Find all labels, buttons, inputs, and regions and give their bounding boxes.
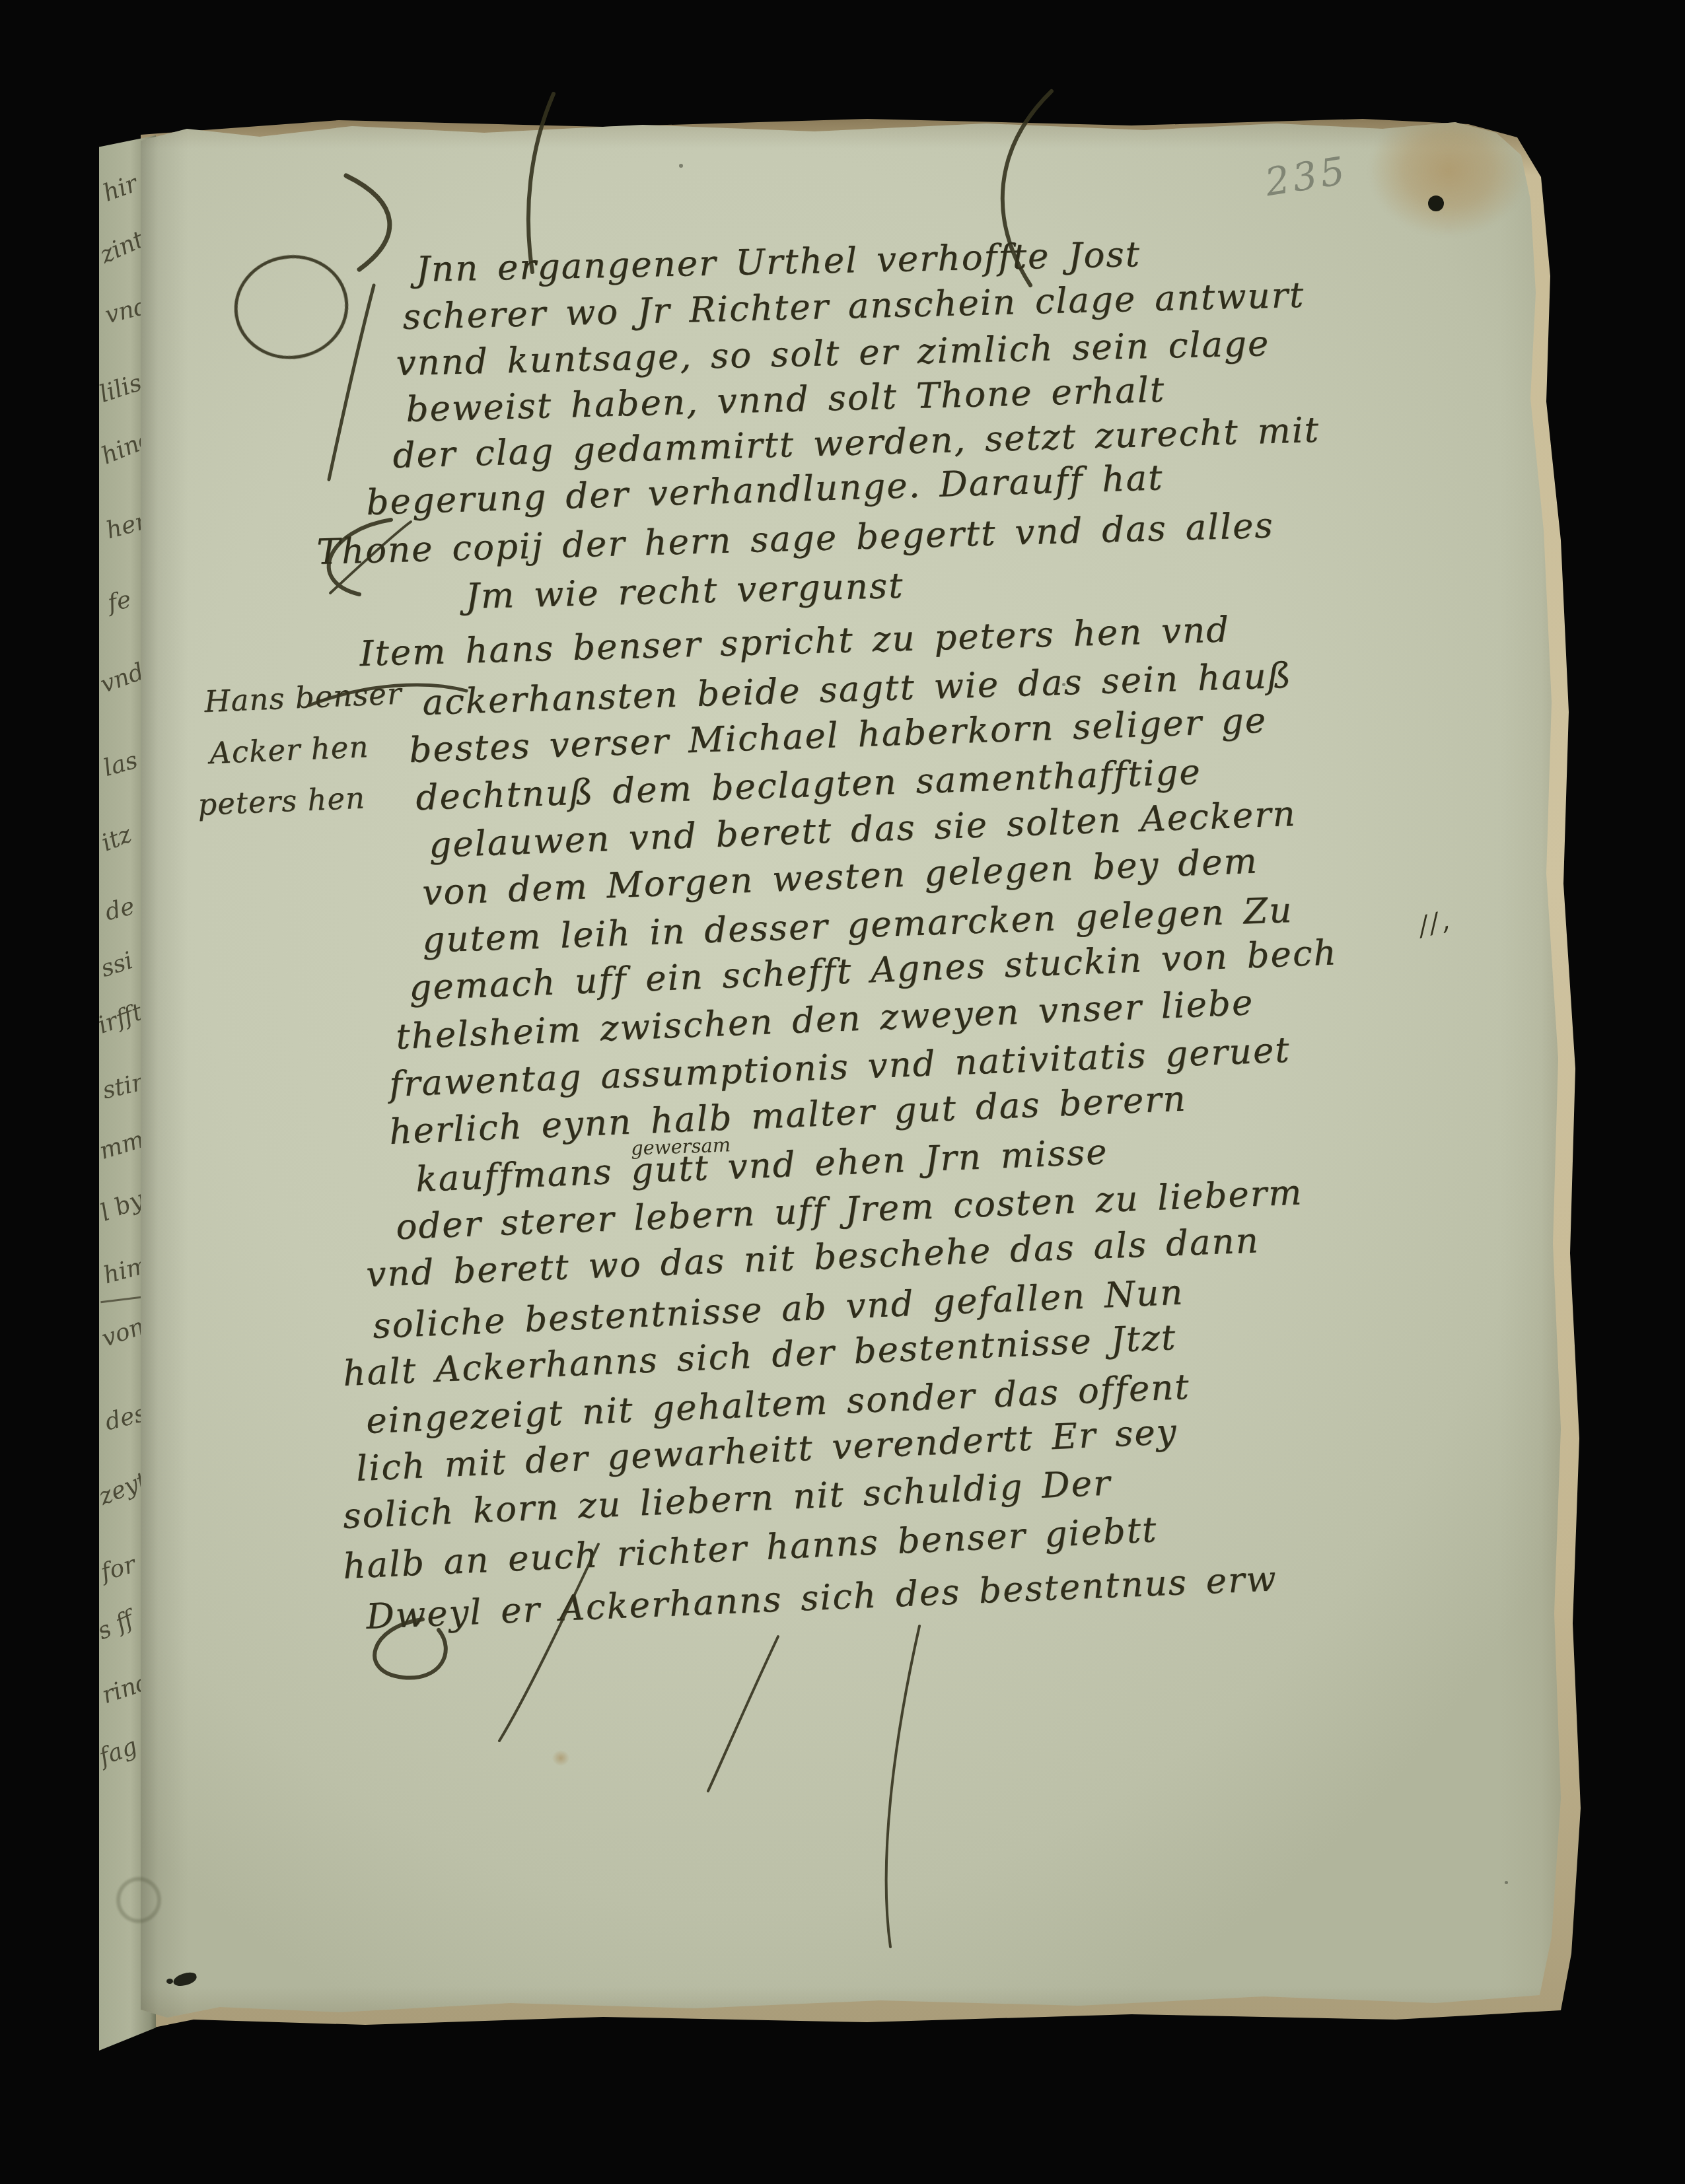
gutter-text-fragment: lilis — [99, 371, 145, 407]
paper-spot — [552, 1750, 569, 1766]
gutter-text-fragment: l by — [99, 1187, 147, 1225]
insertion-marks: //, — [1416, 907, 1454, 940]
gutter-text-fragment: for — [99, 1553, 138, 1585]
interlinear-insertion: gewersam — [631, 1135, 731, 1158]
gutter-text-fragment: s ff — [99, 1607, 137, 1644]
paper-speck — [679, 164, 683, 168]
paper-speck — [1062, 683, 1065, 686]
faint-stamp-mark — [116, 1877, 161, 1923]
ink-blot-tail — [166, 1979, 173, 1984]
folio-number: 235 — [1262, 151, 1350, 202]
margin-note-line: Hans benser — [203, 679, 402, 717]
ink-dot — [1428, 195, 1444, 211]
gutter-text-fragment: vnd — [99, 660, 147, 697]
gutter-text-fragment: von — [99, 1315, 147, 1351]
gutter-text-fragment: itz — [99, 822, 135, 855]
gutter-text-fragment: irfft — [99, 1001, 146, 1038]
photograph-background: hir zint vnd lilis hind hen fe vnd las i… — [0, 0, 1685, 2184]
gutter-text-fragment: fag — [99, 1734, 141, 1770]
gutter-text-fragment: de — [103, 895, 137, 925]
paper-speck — [1505, 1881, 1508, 1884]
margin-note-line: peters hen — [197, 783, 365, 820]
gutter-text-fragment: ssi — [99, 949, 136, 981]
gutter-text-fragment: hir — [100, 172, 141, 206]
gutter-text-fragment: las — [101, 749, 140, 781]
manuscript-line: Jm wie recht vergunst — [465, 569, 904, 614]
gutter-text-fragment: fe — [106, 588, 133, 616]
gutter-text-fragment: zint — [99, 228, 148, 268]
margin-note-line: Acker hen — [209, 732, 369, 768]
